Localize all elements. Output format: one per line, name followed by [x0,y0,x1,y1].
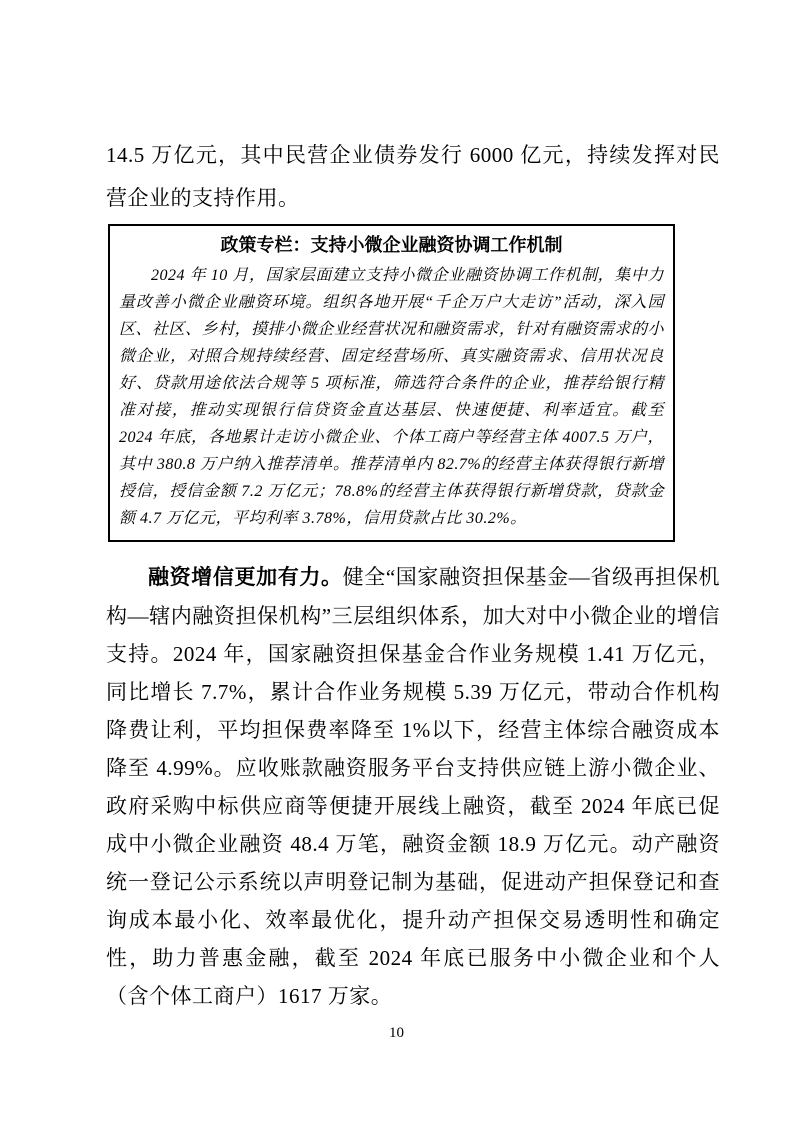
main-paragraph-text: 健全“国家融资担保基金—省级再担保机构—辖内融资担保机构”三层组织体系，加大对中… [106,565,720,1008]
intro-paragraph: 14.5 万亿元，其中民营企业债券发行 6000 亿元，持续发挥对民营企业的支持… [106,134,720,220]
policy-box-title: 政策专栏：支持小微企业融资协调工作机制 [119,230,664,260]
main-paragraph: 融资增信更加有力。健全“国家融资担保基金—省级再担保机构—辖内融资担保机构”三层… [106,558,720,1015]
main-paragraph-lead: 融资增信更加有力。 [148,566,343,589]
policy-box-body: 2024 年 10 月，国家层面建立支持小微企业融资协调工作机制，集中力量改善小… [119,262,664,532]
page-footer: 10 [0,1024,793,1042]
page-number: 10 [389,1025,404,1041]
policy-column-box: 政策专栏：支持小微企业融资协调工作机制 2024 年 10 月，国家层面建立支持… [108,224,675,542]
document-page: 14.5 万亿元，其中民营企业债券发行 6000 亿元，持续发挥对民营企业的支持… [0,0,793,1122]
page-content: 14.5 万亿元，其中民营企业债券发行 6000 亿元，持续发挥对民营企业的支持… [106,134,720,1015]
